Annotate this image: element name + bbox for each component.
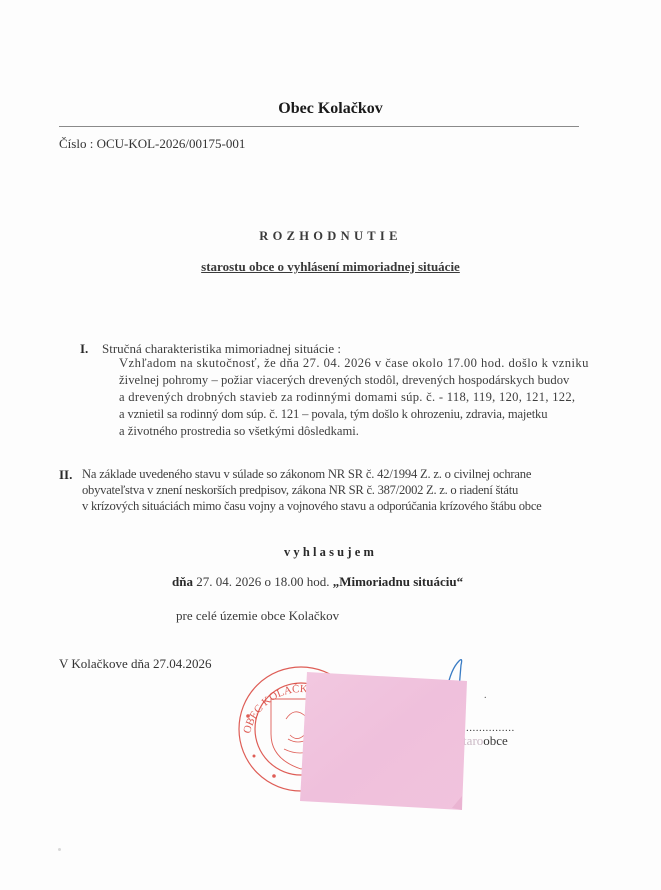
section-1-line: živelnej pohromy – požiar viacerých drev… bbox=[119, 373, 569, 388]
section-1-label: Stručná charakteristika mimoriadnej situ… bbox=[102, 341, 341, 357]
section-2-line: obyvateľstva v znení neskorších predpiso… bbox=[82, 483, 518, 498]
official-stamp-icon: OBEC KOLAČKOV bbox=[236, 664, 366, 794]
announcement: vyhlasujem bbox=[0, 545, 661, 560]
decision-subheading: starostu obce o vyhlásení mimoriadnej si… bbox=[0, 259, 661, 275]
stamp-text: OBEC KOLAČKOV bbox=[241, 683, 326, 735]
signatory-role: staroobce bbox=[458, 733, 508, 749]
section-2-numeral: II. bbox=[59, 467, 72, 483]
section-2-line: Na základe uvedeného stavu v súlade so z… bbox=[82, 467, 531, 482]
section-2-line: v krízových situáciách mimo času vojny a… bbox=[82, 499, 542, 514]
declaration-line: dňa 27. 04. 2026 o 18.00 hod. „Mimoriadn… bbox=[172, 574, 463, 590]
declaration-datetime: 27. 04. 2026 o 18.00 hod. bbox=[193, 574, 333, 589]
reference-number: Číslo : OCU-KOL-2026/00175-001 bbox=[59, 136, 245, 152]
declaration-situation: „Mimoriadnu situáciu“ bbox=[333, 574, 463, 589]
municipality-title: Obec Kolačkov bbox=[0, 100, 661, 118]
territory-scope: pre celé územie obce Kolačkov bbox=[176, 608, 339, 624]
section-1-numeral: I. bbox=[80, 341, 88, 357]
decision-heading: ROZHODNUTIE bbox=[0, 229, 661, 244]
signature-dot: . bbox=[484, 690, 487, 701]
section-1-line: a vznietil sa rodinný dom súp. č. 121 – … bbox=[119, 407, 547, 422]
section-1-line: Vzhľadom na skutočnosť, že dňa 27. 04. 2… bbox=[119, 356, 589, 371]
scan-speck bbox=[58, 848, 61, 851]
header-divider bbox=[59, 126, 579, 127]
declaration-prefix: dňa bbox=[172, 574, 193, 589]
section-1-line: a drevených drobných stavieb za rodinným… bbox=[119, 390, 575, 405]
place-and-date: V Kolačkove dňa 27.04.2026 bbox=[59, 656, 211, 672]
section-1-line: a životného prostredia so všetkými dôsle… bbox=[119, 424, 359, 439]
signature-stroke-icon bbox=[445, 655, 475, 690]
